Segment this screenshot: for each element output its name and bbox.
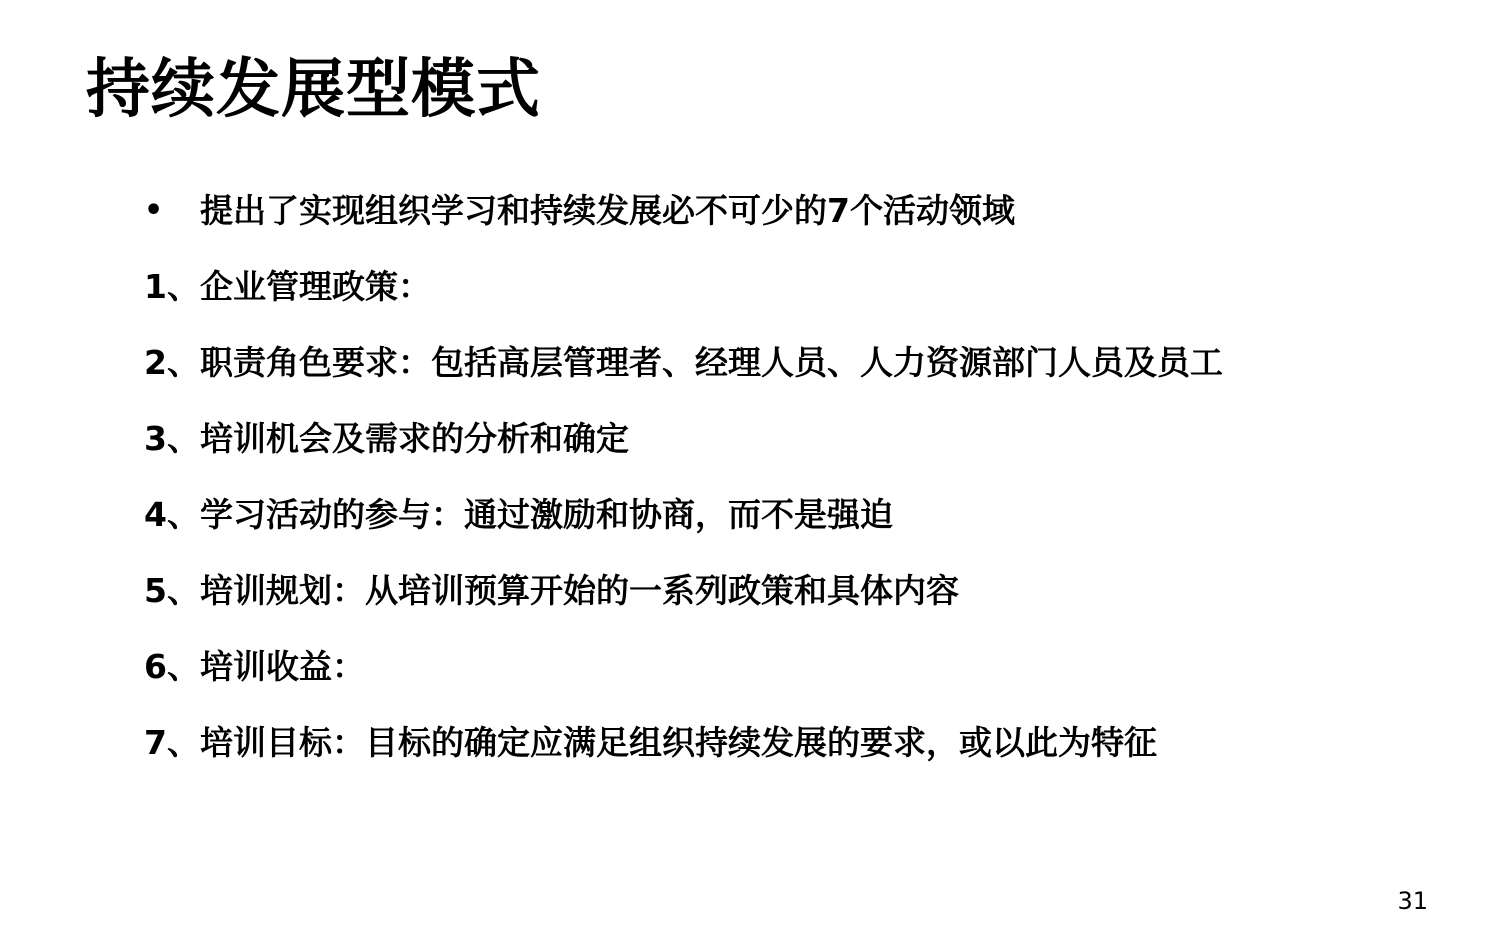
list-item-3: 3、培训机会及需求的分析和确定 — [144, 414, 1444, 490]
slide-title: 持续发展型模式 — [86, 48, 541, 132]
bullet-intro: • 提出了实现组织学习和持续发展必不可少的7个活动领域 — [144, 186, 1444, 262]
list-item-7: 7、培训目标：目标的确定应满足组织持续发展的要求，或以此为特征 — [144, 718, 1444, 794]
list-item-2: 2、职责角色要求：包括高层管理者、经理人员、人力资源部门人员及员工 — [144, 338, 1444, 414]
slide-body: • 提出了实现组织学习和持续发展必不可少的7个活动领域 1、企业管理政策： 2、… — [144, 186, 1444, 794]
page-number: 31 — [1397, 884, 1428, 918]
list-item-5: 5、培训规划：从培训预算开始的一系列政策和具体内容 — [144, 566, 1444, 642]
list-item-6: 6、培训收益： — [144, 642, 1444, 718]
bullet-icon: • — [144, 186, 200, 262]
list-item-4: 4、学习活动的参与：通过激励和协商，而不是强迫 — [144, 490, 1444, 566]
bullet-text: 提出了实现组织学习和持续发展必不可少的7个活动领域 — [200, 186, 1015, 262]
list-item-1: 1、企业管理政策： — [144, 262, 1444, 338]
